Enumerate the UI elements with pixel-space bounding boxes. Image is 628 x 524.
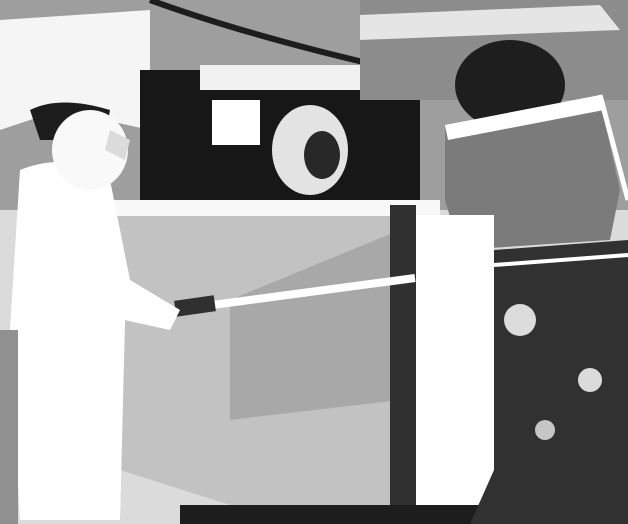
left-background [0, 330, 18, 524]
debris-fragment [535, 420, 555, 440]
photograph: A person in a white protective suit and … [0, 0, 628, 524]
debris-fragment [504, 304, 536, 336]
machinery-panel [212, 100, 260, 145]
photo-scene [0, 0, 628, 524]
bin-post [390, 205, 416, 505]
debris-fragment [578, 368, 602, 392]
bin-top-rail [105, 200, 440, 216]
bin-side-panel [416, 215, 494, 510]
second-worker-mask [304, 131, 340, 179]
